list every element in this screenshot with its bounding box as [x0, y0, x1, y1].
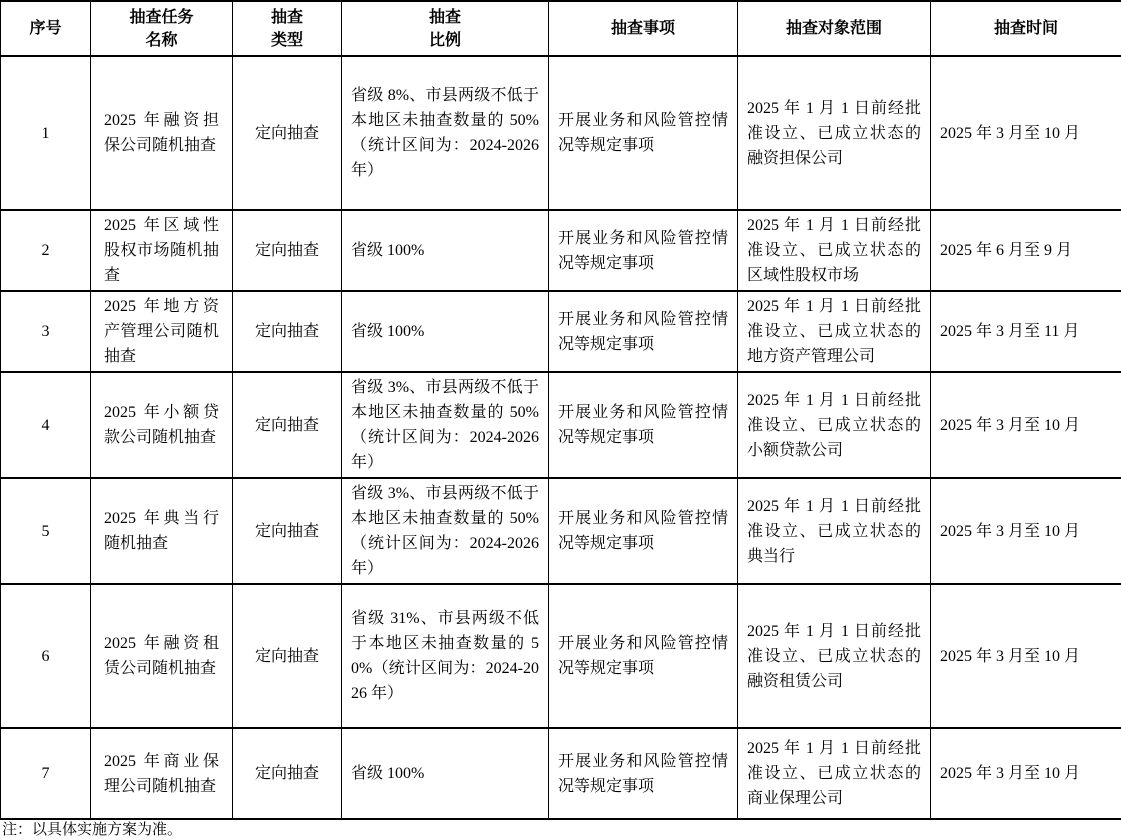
cell-inspection-type: 定向抽查: [233, 478, 342, 584]
cell-inspection-ratio: 省级 100%: [342, 210, 549, 291]
table-row: 6 2025 年融资租赁公司随机抽查 定向抽查 省级 31%、市县两级不低于本地…: [1, 584, 1121, 728]
cell-inspection-time: 2025 年 3 月至 10 月: [931, 372, 1121, 478]
cell-task-name: 2025 年典当行随机抽查: [91, 478, 233, 584]
cell-inspection-time: 2025 年 3 月至 10 月: [931, 584, 1121, 728]
cell-task-name: 2025 年区域性股权市场随机抽查: [91, 210, 233, 291]
cell-target-scope: 2025 年 1 月 1 日前经批准设立、已成立状态的地方资产管理公司: [738, 291, 931, 372]
cell-task-name: 2025 年地方资产管理公司随机抽查: [91, 291, 233, 372]
header-row: 序号 抽查任务 名称 抽查 类型 抽查 比例 抽查事项 抽查对象范围 抽查时间: [1, 1, 1121, 56]
cell-task-name: 2025 年商业保理公司随机抽查: [91, 728, 233, 819]
cell-serial-number: 1: [1, 56, 91, 210]
header-target-scope: 抽查对象范围: [738, 1, 931, 56]
cell-inspection-items: 开展业务和风险管控情况等规定事项: [549, 372, 738, 478]
cell-inspection-items: 开展业务和风险管控情况等规定事项: [549, 291, 738, 372]
cell-task-name: 2025 年小额贷款公司随机抽查: [91, 372, 233, 478]
cell-inspection-items: 开展业务和风险管控情况等规定事项: [549, 584, 738, 728]
table-row: 7 2025 年商业保理公司随机抽查 定向抽查 省级 100% 开展业务和风险管…: [1, 728, 1121, 819]
cell-inspection-type: 定向抽查: [233, 372, 342, 478]
header-inspection-items: 抽查事项: [549, 1, 738, 56]
cell-serial-number: 6: [1, 584, 91, 728]
cell-target-scope: 2025 年 1 月 1 日前经批准设立、已成立状态的融资租赁公司: [738, 584, 931, 728]
cell-serial-number: 4: [1, 372, 91, 478]
cell-inspection-items: 开展业务和风险管控情况等规定事项: [549, 210, 738, 291]
cell-inspection-time: 2025 年 3 月至 10 月: [931, 56, 1121, 210]
header-inspection-type: 抽查 类型: [233, 1, 342, 56]
cell-serial-number: 7: [1, 728, 91, 819]
cell-inspection-ratio: 省级 100%: [342, 728, 549, 819]
cell-inspection-type: 定向抽查: [233, 291, 342, 372]
cell-inspection-type: 定向抽查: [233, 728, 342, 819]
cell-inspection-type: 定向抽查: [233, 584, 342, 728]
cell-serial-number: 5: [1, 478, 91, 584]
cell-target-scope: 2025 年 1 月 1 日前经批准设立、已成立状态的典当行: [738, 478, 931, 584]
cell-target-scope: 2025 年 1 月 1 日前经批准设立、已成立状态的商业保理公司: [738, 728, 931, 819]
header-inspection-ratio: 抽查 比例: [342, 1, 549, 56]
footnote: 注：以具体实施方案为准。: [0, 820, 1121, 840]
random-inspection-plan-table: 序号 抽查任务 名称 抽查 类型 抽查 比例 抽查事项 抽查对象范围 抽查时间 …: [0, 0, 1121, 820]
cell-inspection-type: 定向抽查: [233, 210, 342, 291]
header-inspection-time: 抽查时间: [931, 1, 1121, 56]
cell-inspection-ratio: 省级 3%、市县两级不低于本地区未抽查数量的 50%（统计区间为：2024-20…: [342, 372, 549, 478]
header-serial-number: 序号: [1, 1, 91, 56]
cell-inspection-time: 2025 年 3 月至 11 月: [931, 291, 1121, 372]
cell-inspection-time: 2025 年 3 月至 10 月: [931, 728, 1121, 819]
cell-inspection-type: 定向抽查: [233, 56, 342, 210]
cell-inspection-time: 2025 年 6 月至 9 月: [931, 210, 1121, 291]
cell-inspection-ratio: 省级 3%、市县两级不低于本地区未抽查数量的 50%（统计区间为：2024-20…: [342, 478, 549, 584]
cell-task-name: 2025 年融资担保公司随机抽查: [91, 56, 233, 210]
cell-target-scope: 2025 年 1 月 1 日前经批准设立、已成立状态的小额贷款公司: [738, 372, 931, 478]
cell-inspection-ratio: 省级 100%: [342, 291, 549, 372]
cell-inspection-time: 2025 年 3 月至 10 月: [931, 478, 1121, 584]
cell-inspection-items: 开展业务和风险管控情况等规定事项: [549, 56, 738, 210]
cell-serial-number: 3: [1, 291, 91, 372]
cell-inspection-items: 开展业务和风险管控情况等规定事项: [549, 728, 738, 819]
table-row: 3 2025 年地方资产管理公司随机抽查 定向抽查 省级 100% 开展业务和风…: [1, 291, 1121, 372]
cell-inspection-ratio: 省级 8%、市县两级不低于本地区未抽查数量的 50%（统计区间为：2024-20…: [342, 56, 549, 210]
table-row: 4 2025 年小额贷款公司随机抽查 定向抽查 省级 3%、市县两级不低于本地区…: [1, 372, 1121, 478]
cell-inspection-items: 开展业务和风险管控情况等规定事项: [549, 478, 738, 584]
cell-inspection-ratio: 省级 31%、市县两级不低于本地区未抽查数量的 50%（统计区间为：2024-2…: [342, 584, 549, 728]
header-task-name: 抽查任务 名称: [91, 1, 233, 56]
table-row: 2 2025 年区域性股权市场随机抽查 定向抽查 省级 100% 开展业务和风险…: [1, 210, 1121, 291]
table-row: 1 2025 年融资担保公司随机抽查 定向抽查 省级 8%、市县两级不低于本地区…: [1, 56, 1121, 210]
cell-target-scope: 2025 年 1 月 1 日前经批准设立、已成立状态的区域性股权市场: [738, 210, 931, 291]
table-row: 5 2025 年典当行随机抽查 定向抽查 省级 3%、市县两级不低于本地区未抽查…: [1, 478, 1121, 584]
cell-target-scope: 2025 年 1 月 1 日前经批准设立、已成立状态的融资担保公司: [738, 56, 931, 210]
cell-serial-number: 2: [1, 210, 91, 291]
cell-task-name: 2025 年融资租赁公司随机抽查: [91, 584, 233, 728]
